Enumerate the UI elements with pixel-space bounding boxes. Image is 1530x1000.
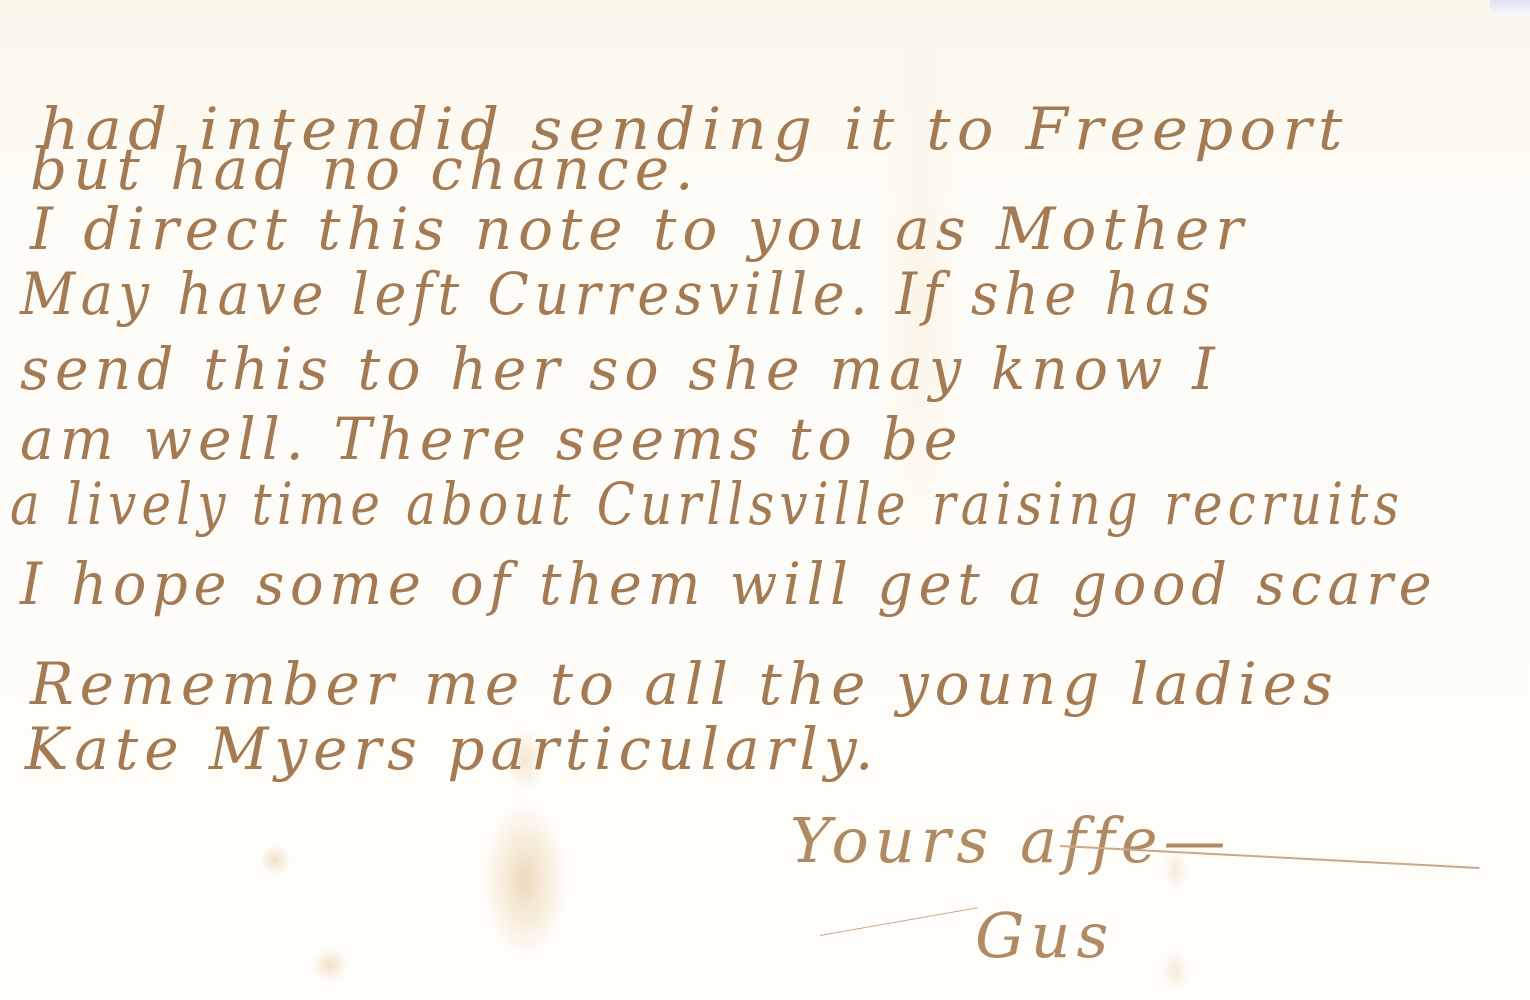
- signature: Gus: [975, 905, 1114, 967]
- letter-line-8: I hope some of them will get a good scar…: [20, 555, 1437, 613]
- letter-line-2: but had no chance.: [30, 140, 699, 198]
- signature-flourish: [820, 907, 978, 936]
- letter-line-6: am well. There seems to be: [20, 410, 963, 468]
- letter-line-7: a lively time about Curllsville raising …: [10, 475, 1404, 533]
- letter-page: had intendid sending it to Freeport but …: [0, 0, 1530, 1000]
- closing-text: Yours affe—: [790, 810, 1232, 872]
- letter-line-4: May have left Curresville. If she has: [20, 265, 1216, 323]
- scan-edge-mark: [1490, 0, 1530, 18]
- letter-line-10: Kate Myers particularly.: [25, 720, 879, 778]
- letter-line-9: Remember me to all the young ladies: [30, 655, 1339, 713]
- letter-line-3: I direct this note to you as Mother: [30, 200, 1249, 258]
- letter-line-5: send this to her so she may know I: [20, 340, 1221, 398]
